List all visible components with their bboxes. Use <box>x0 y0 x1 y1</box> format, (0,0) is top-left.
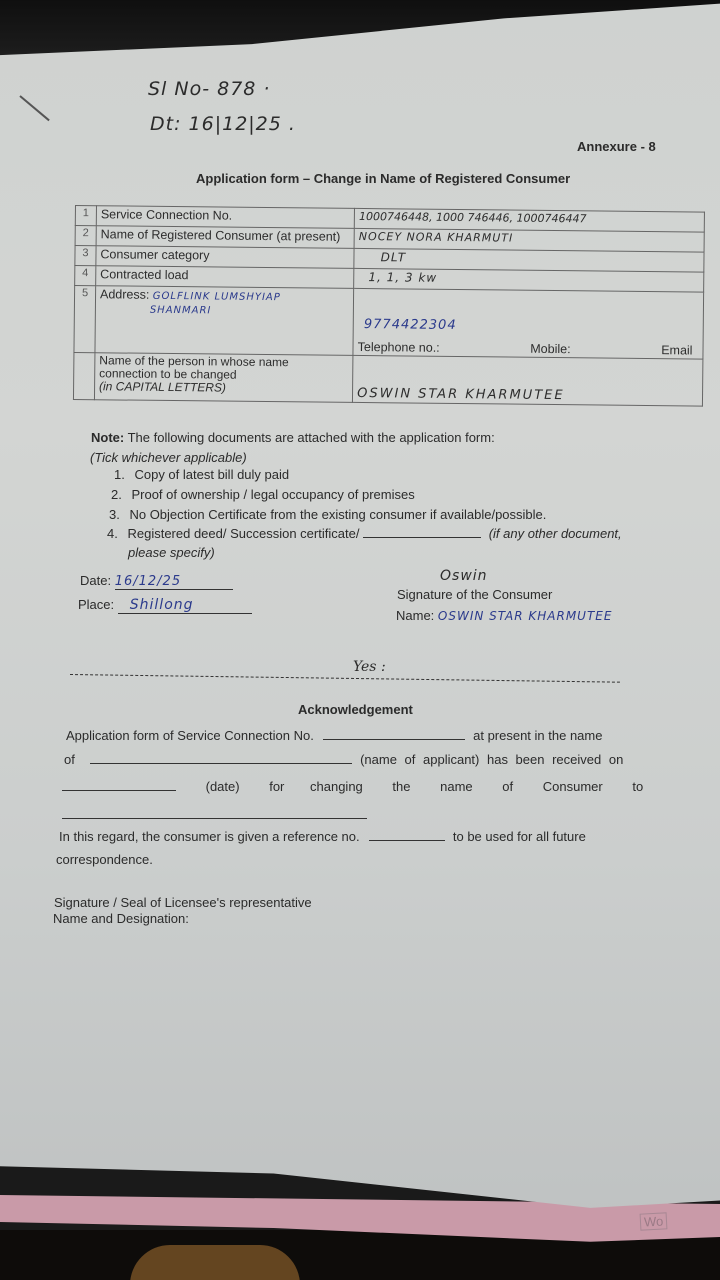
background-object <box>130 1245 300 1280</box>
note-text: Note: The following documents are attach… <box>91 430 495 445</box>
doc-item-3: 3. No Objection Certificate from the exi… <box>109 507 546 522</box>
consumer-name-field: Name: OSWIN STAR KHARMUTEE <box>396 608 612 623</box>
row-number: 3 <box>75 246 96 266</box>
serial-number-note: Sl No- 878 · <box>148 78 270 100</box>
address-line-1: GOLFLINK LUMSHYIAP <box>153 291 281 303</box>
doc-item-2: 2. Proof of ownership / legal occupancy … <box>111 487 415 502</box>
consumer-details-table: 1 Service Connection No. 1000746448, 100… <box>73 205 705 407</box>
doc-item-text: Proof of ownership / legal occupancy of … <box>131 487 414 502</box>
row-label: Consumer category <box>96 246 354 269</box>
form-title: Application form – Change in Name of Reg… <box>196 171 570 186</box>
ack-text: (date) <box>206 779 240 794</box>
doc-item-number: 1. <box>114 467 125 482</box>
row-number <box>73 352 94 399</box>
ack-line-1: Application form of Service Connection N… <box>66 728 602 743</box>
ack-text: at present in the name <box>473 728 602 743</box>
ack-text: for <box>269 779 284 794</box>
row-label: Service Connection No. <box>96 206 354 229</box>
note-body: The following documents are attached wit… <box>128 430 495 445</box>
annexure-label: Annexure - 8 <box>577 139 656 154</box>
date-label: Date: <box>80 573 111 588</box>
doc-item-number: 4. <box>107 526 118 541</box>
row-number: 1 <box>75 206 96 226</box>
table-row: 5 Address: GOLFLINK LUMSHYIAP SHANMARI 9… <box>74 286 704 360</box>
row-label: Name of Registered Consumer (at present) <box>96 226 354 249</box>
reference-no-blank[interactable] <box>369 840 445 841</box>
place-label: Place: <box>78 597 114 612</box>
yes-mark: Yes : <box>353 659 386 675</box>
doc-item-text: No Objection Certificate from the existi… <box>129 507 546 522</box>
name-value: OSWIN STAR KHARMUTEE <box>438 609 613 623</box>
ack-text: Consumer <box>543 779 603 794</box>
doc-item-4-cont: please specify) <box>128 545 215 560</box>
tick-instruction: (Tick whichever applicable) <box>90 450 247 465</box>
new-name-value: OSWIN STAR KHARMUTEE <box>353 355 703 406</box>
contact-cell: 9774422304 Telephone no.: Mobile: Email <box>353 288 704 359</box>
doc-item-1: 1. Copy of latest bill duly paid <box>114 467 289 482</box>
ack-text: (name of applicant) has been received on <box>360 752 623 767</box>
telephone-label: Telephone no.: <box>358 340 440 355</box>
doc-item-number: 3. <box>109 507 120 522</box>
ack-text: changing <box>310 779 363 794</box>
ack-text: of <box>502 779 513 794</box>
name-label: Name: <box>396 608 434 623</box>
ack-text: Application form of Service Connection N… <box>66 728 314 743</box>
received-date-blank[interactable] <box>62 790 176 791</box>
doc-item-text: Registered deed/ Succession certificate/ <box>127 526 359 541</box>
row-number: 5 <box>74 286 96 353</box>
mobile-label: Mobile: <box>530 342 570 356</box>
name-designation-label: Name and Designation: <box>53 911 189 926</box>
signature-label: Signature of the Consumer <box>397 587 552 602</box>
place-field: Place: Shillong <box>78 597 252 614</box>
applicant-name-blank[interactable] <box>90 763 352 764</box>
contact-labels: Telephone no.: Mobile: Email <box>358 340 699 358</box>
doc-item-number: 2. <box>111 487 122 502</box>
note-label: Note: <box>91 430 124 445</box>
ack-line-2: of (name of applicant) has been received… <box>64 752 623 767</box>
ack-ref-cont: correspondence. <box>56 852 153 867</box>
ack-text: name <box>440 779 473 794</box>
new-consumer-name-blank[interactable] <box>62 818 367 819</box>
licensee-signature-label: Signature / Seal of Licensee's represent… <box>54 895 312 910</box>
phone-value: 9774422304 <box>358 317 699 336</box>
new-name-label-3: (in CAPITAL LETTERS) <box>99 380 348 396</box>
consumer-signature: Oswin <box>440 568 488 584</box>
ack-text: to <box>632 779 643 794</box>
other-document-blank[interactable] <box>363 537 481 538</box>
address-label: Address: <box>100 287 149 302</box>
place-value[interactable]: Shillong <box>118 597 252 614</box>
date-field: Date: 16/12/25 <box>80 573 233 590</box>
folder-stamp: Wo <box>640 1212 668 1230</box>
doc-item-4: 4. Registered deed/ Succession certifica… <box>107 526 622 541</box>
address-line-2: SHANMARI <box>100 304 212 316</box>
ack-ref-line: In this regard, the consumer is given a … <box>59 829 586 844</box>
row-label: Contracted load <box>96 266 354 289</box>
acknowledgement-title: Acknowledgement <box>298 702 413 717</box>
ack-line-3: (date) for changing the name of Consumer… <box>62 779 643 794</box>
email-label: Email <box>661 343 692 357</box>
service-connection-blank[interactable] <box>323 739 465 740</box>
date-note: Dt: 16|12|25 . <box>150 113 296 135</box>
address-cell: Address: GOLFLINK LUMSHYIAP SHANMARI <box>95 286 354 356</box>
ack-text: the <box>392 779 410 794</box>
new-name-label-cell: Name of the person in whose name connect… <box>94 353 353 403</box>
ack-text: of <box>64 752 75 767</box>
doc-item-text: Copy of latest bill duly paid <box>134 467 289 482</box>
table-row: Name of the person in whose name connect… <box>73 352 702 406</box>
ack-text: In this regard, the consumer is given a … <box>59 829 360 844</box>
other-document-hint: (if any other document, <box>489 526 622 541</box>
ack-text: to be used for all future <box>453 829 586 844</box>
row-number: 2 <box>75 226 96 246</box>
date-value[interactable]: 16/12/25 <box>115 574 233 590</box>
row-number: 4 <box>75 266 96 286</box>
